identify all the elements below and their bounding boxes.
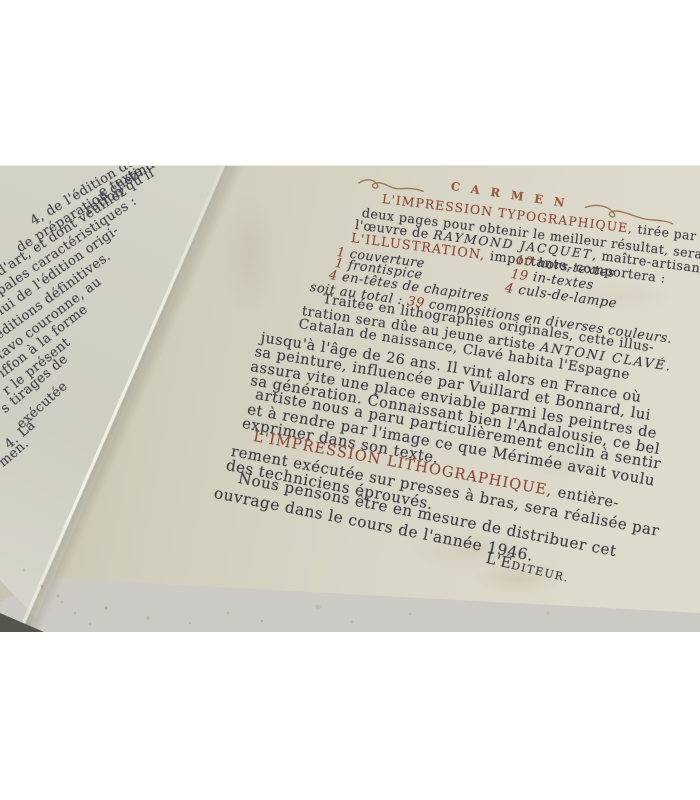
photo-of-book-page: tin,e texte deration qu'il4, de l'éditio… xyxy=(0,0,700,800)
book-photo: tin,e texte deration qu'il4, de l'éditio… xyxy=(0,165,700,632)
recto-page-text: CARMEN L'IMPRESSION TYPOGRAPHIQUE, tirée… xyxy=(0,166,700,632)
